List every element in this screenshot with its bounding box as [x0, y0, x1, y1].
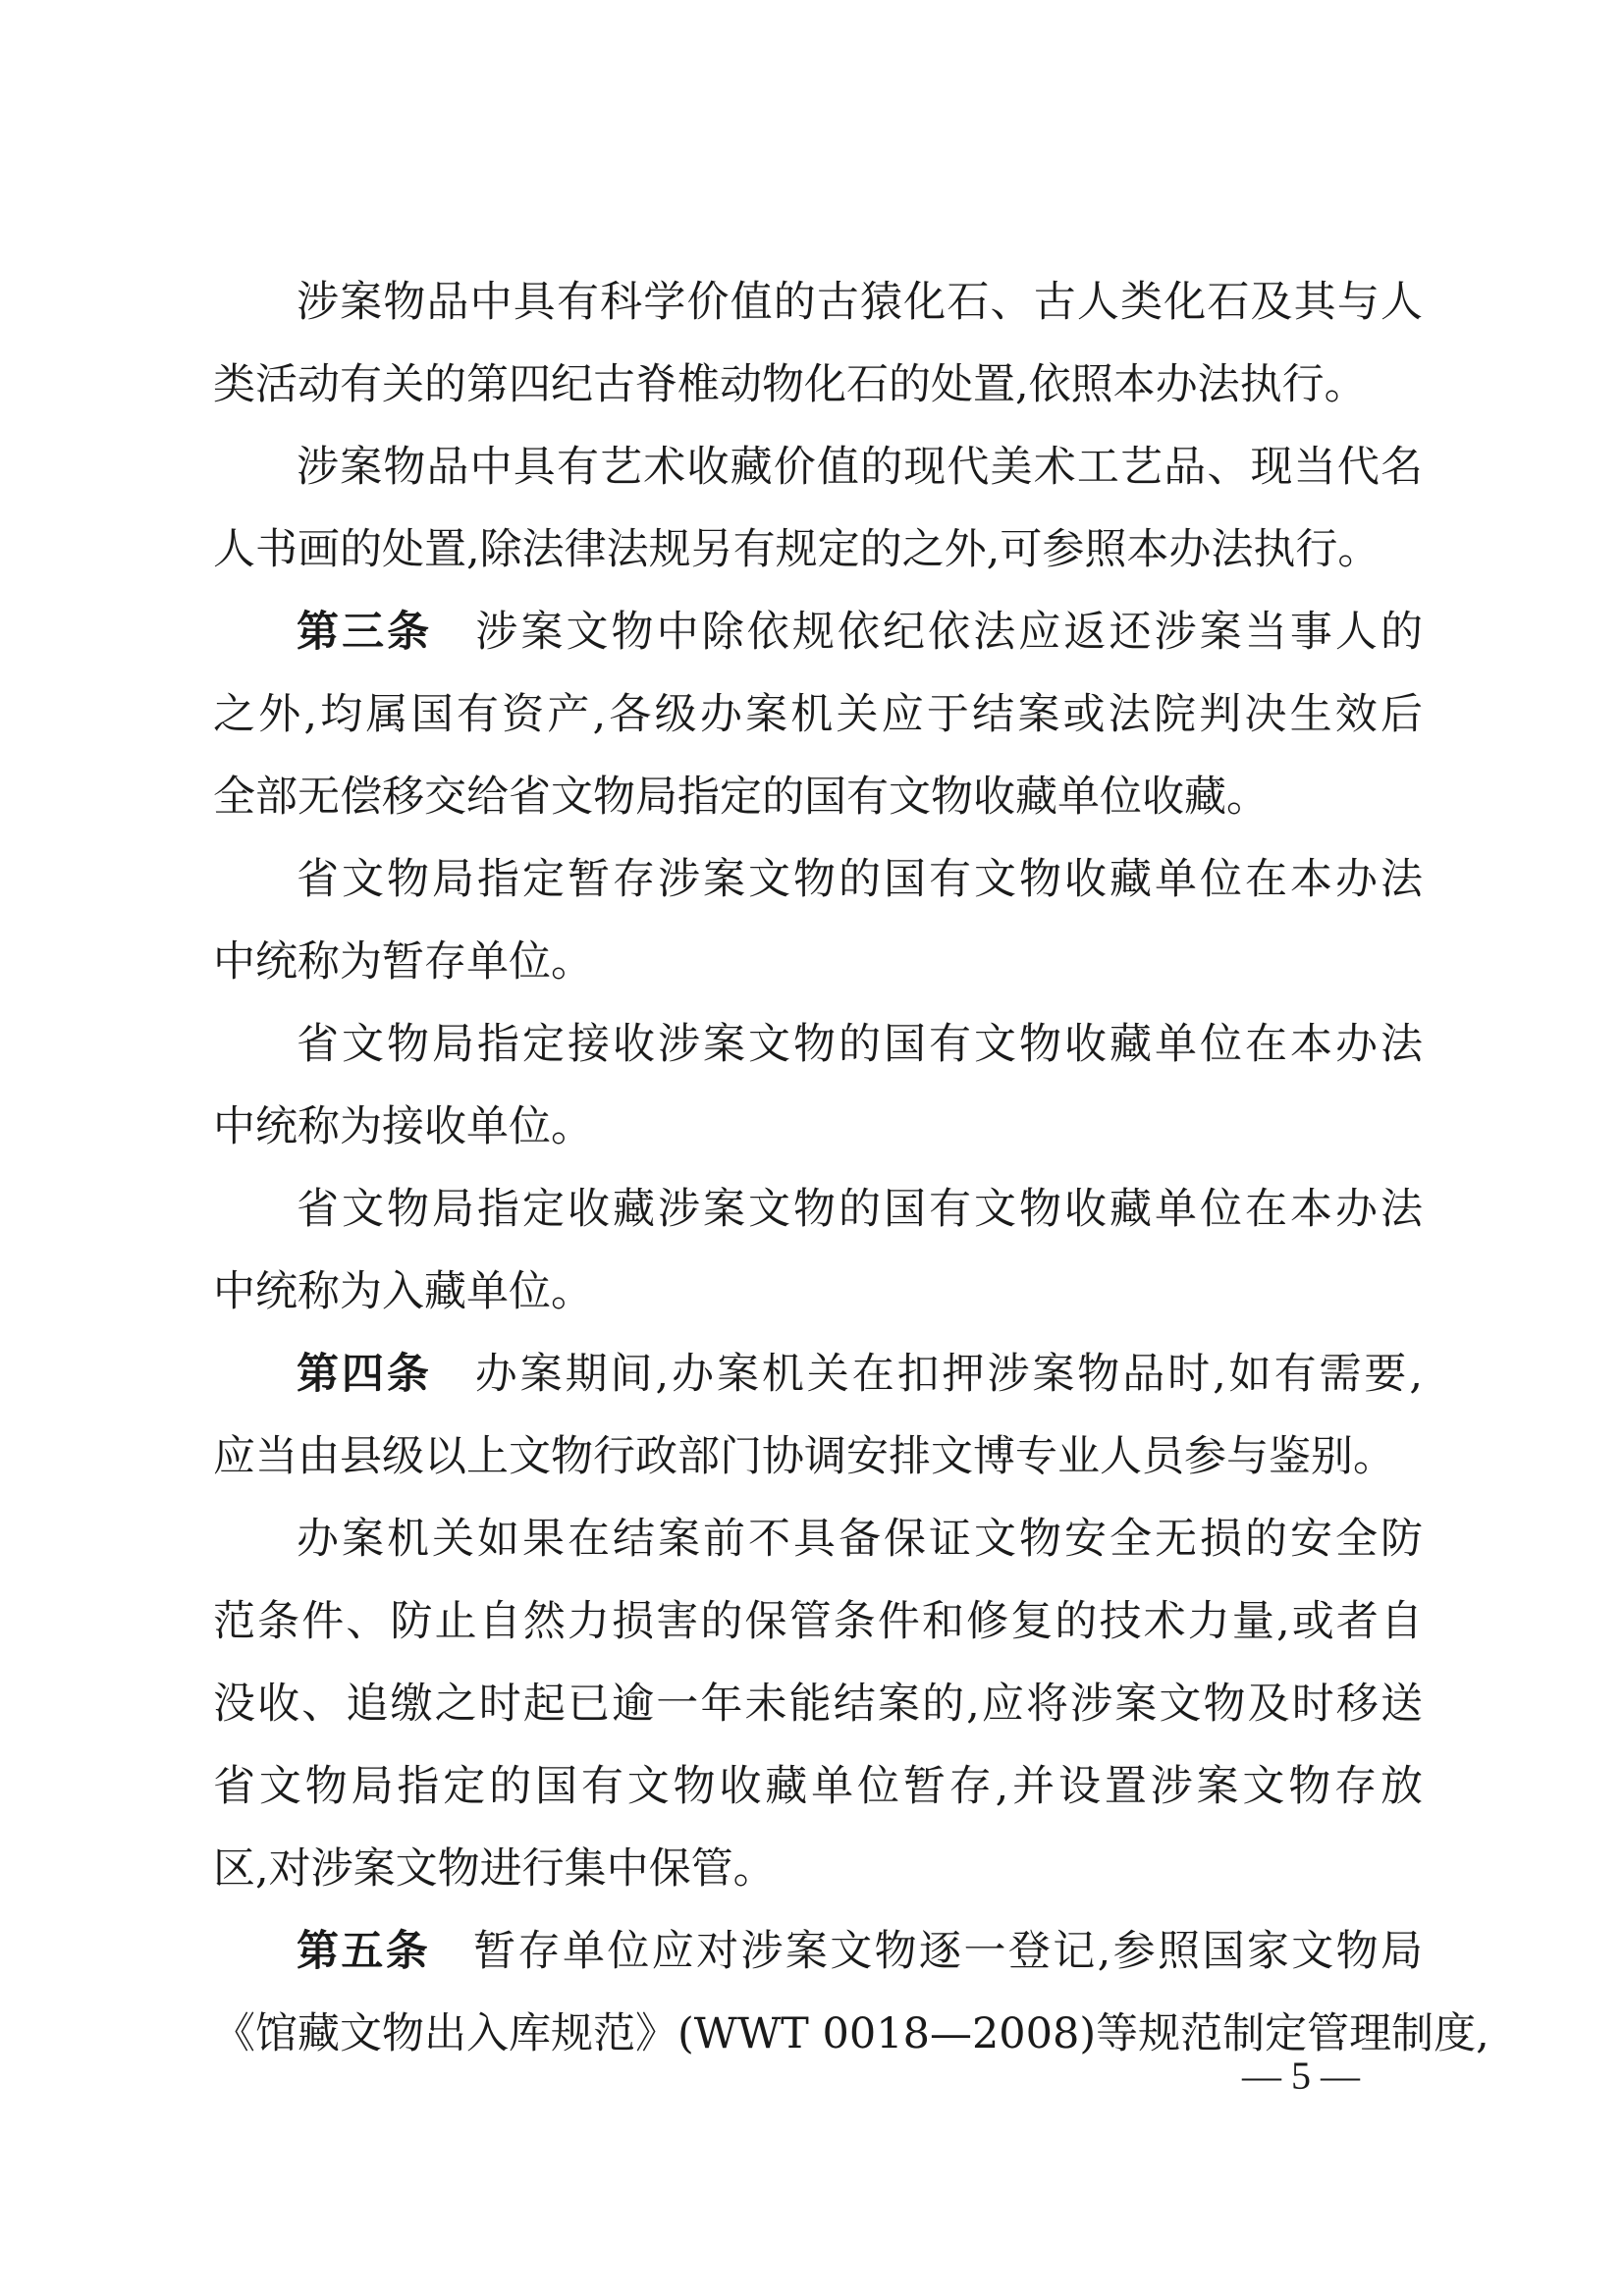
paragraph-line: 全部无偿移交给省文物局指定的国有文物收藏单位收藏。 — [213, 756, 1423, 838]
article-label: 第四条 — [297, 1350, 432, 1399]
paragraph-line: 省文物局指定收藏涉案文物的国有文物收藏单位在本办法 — [297, 1168, 1423, 1251]
paragraph-line: 人书画的处置,除法律法规另有规定的之外,可参照本办法执行。 — [213, 508, 1423, 591]
paragraph-line: 类活动有关的第四纪古脊椎动物化石的处置,依照本办法执行。 — [213, 344, 1423, 426]
article-text: 暂存单位应对涉案文物逐一登记,参照国家文物局 — [473, 1927, 1423, 1976]
article-label: 第三条 — [297, 608, 432, 657]
paragraph-line: 涉案物品中具有艺术收藏价值的现代美术工艺品、现当代名 — [297, 426, 1423, 508]
article-5-first-line: 第五条暂存单位应对涉案文物逐一登记,参照国家文物局 — [297, 1910, 1423, 1993]
paragraph-line: 办案机关如果在结案前不具备保证文物安全无损的安全防 — [297, 1498, 1423, 1580]
paragraph-line: 省文物局指定暂存涉案文物的国有文物收藏单位在本办法 — [297, 838, 1423, 921]
article-text: 办案期间,办案机关在扣押涉案物品时,如有需要, — [475, 1350, 1423, 1399]
paragraph-line: 涉案物品中具有科学价值的古猿化石、古人类化石及其与人 — [297, 261, 1423, 344]
paragraph-line: 范条件、防止自然力损害的保管条件和修复的技术力量,或者自 — [213, 1580, 1423, 1663]
paragraph-line: 省文物局指定的国有文物收藏单位暂存,并设置涉案文物存放 — [213, 1745, 1423, 1828]
paragraph-line: 应当由县级以上文物行政部门协调安排文博专业人员参与鉴别。 — [213, 1415, 1423, 1498]
article-3-first-line: 第三条涉案文物中除依规依纪依法应返还涉案当事人的 — [297, 591, 1423, 673]
article-text: 涉案文物中除依规依纪依法应返还涉案当事人的 — [475, 608, 1423, 657]
page-number: — 5 — — [1203, 2047, 1399, 2106]
paragraph-line: 中统称为暂存单位。 — [213, 921, 1423, 1003]
paragraph-line: 中统称为入藏单位。 — [213, 1251, 1423, 1333]
paragraph-line: 之外,均属国有资产,各级办案机关应于结案或法院判决生效后 — [213, 673, 1423, 756]
paragraph-line: 区,对涉案文物进行集中保管。 — [213, 1828, 1423, 1910]
article-4-first-line: 第四条办案期间,办案机关在扣押涉案物品时,如有需要, — [297, 1333, 1423, 1415]
paragraph-line: 省文物局指定接收涉案文物的国有文物收藏单位在本办法 — [297, 1003, 1423, 1086]
paragraph-line: 中统称为接收单位。 — [213, 1086, 1423, 1168]
document-page: 涉案物品中具有科学价值的古猿化石、古人类化石及其与人 类活动有关的第四纪古脊椎动… — [0, 0, 1624, 2296]
paragraph-line: 没收、追缴之时起已逾一年未能结案的,应将涉案文物及时移送 — [213, 1663, 1423, 1745]
article-label: 第五条 — [297, 1927, 430, 1976]
